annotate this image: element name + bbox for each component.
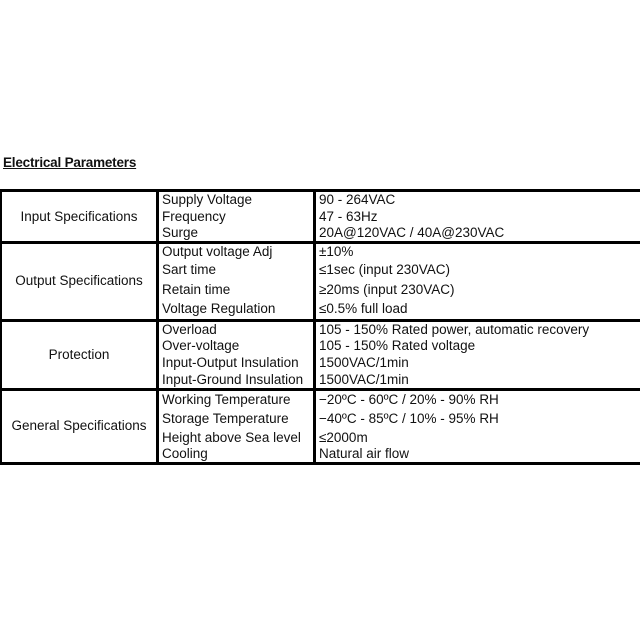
table-row: Input Specifications Supply Voltage 90 -… bbox=[1, 191, 640, 209]
value-cell: −40ºC - 85ºC / 10% - 95% RH bbox=[315, 409, 640, 429]
category-cell: Output Specifications bbox=[1, 243, 158, 321]
category-cell: General Specifications bbox=[1, 389, 158, 464]
value-cell: ≤0.5% full load bbox=[315, 300, 640, 320]
param-cell: Output voltage Adj bbox=[158, 243, 315, 261]
value-cell: 1500VAC/1min bbox=[315, 355, 640, 372]
param-cell: Working Temperature bbox=[158, 389, 315, 409]
electrical-parameters-table: Input Specifications Supply Voltage 90 -… bbox=[0, 189, 640, 465]
table-row: Protection Overload 105 - 150% Rated pow… bbox=[1, 320, 640, 338]
value-cell: 105 - 150% Rated voltage bbox=[315, 338, 640, 355]
param-cell: Sart time bbox=[158, 260, 315, 280]
value-cell: −20ºC - 60ºC / 20% - 90% RH bbox=[315, 389, 640, 409]
table-row: General Specifications Working Temperatu… bbox=[1, 389, 640, 409]
value-cell: 20A@120VAC / 40A@230VAC bbox=[315, 225, 640, 243]
section-title: Electrical Parameters bbox=[3, 155, 136, 170]
param-cell: Storage Temperature bbox=[158, 409, 315, 429]
param-cell: Input-Ground Insulation bbox=[158, 372, 315, 390]
value-cell: ±10% bbox=[315, 243, 640, 261]
param-cell: Height above Sea level bbox=[158, 429, 315, 446]
table-row: Output Specifications Output voltage Adj… bbox=[1, 243, 640, 261]
param-cell: Retain time bbox=[158, 280, 315, 300]
param-cell: Over-voltage bbox=[158, 338, 315, 355]
value-cell: ≤1sec (input 230VAC) bbox=[315, 260, 640, 280]
value-cell: Natural air flow bbox=[315, 446, 640, 464]
value-cell: ≥20ms (input 230VAC) bbox=[315, 280, 640, 300]
category-cell: Protection bbox=[1, 320, 158, 389]
param-cell: Cooling bbox=[158, 446, 315, 464]
value-cell: ≤2000m bbox=[315, 429, 640, 446]
param-cell: Frequency bbox=[158, 208, 315, 225]
value-cell: 90 - 264VAC bbox=[315, 191, 640, 209]
param-cell: Overload bbox=[158, 320, 315, 338]
value-cell: 47 - 63Hz bbox=[315, 208, 640, 225]
category-cell: Input Specifications bbox=[1, 191, 158, 243]
param-cell: Surge bbox=[158, 225, 315, 243]
param-cell: Voltage Regulation bbox=[158, 300, 315, 320]
param-cell: Input-Output Insulation bbox=[158, 355, 315, 372]
value-cell: 105 - 150% Rated power, automatic recove… bbox=[315, 320, 640, 338]
param-cell: Supply Voltage bbox=[158, 191, 315, 209]
value-cell: 1500VAC/1min bbox=[315, 372, 640, 390]
